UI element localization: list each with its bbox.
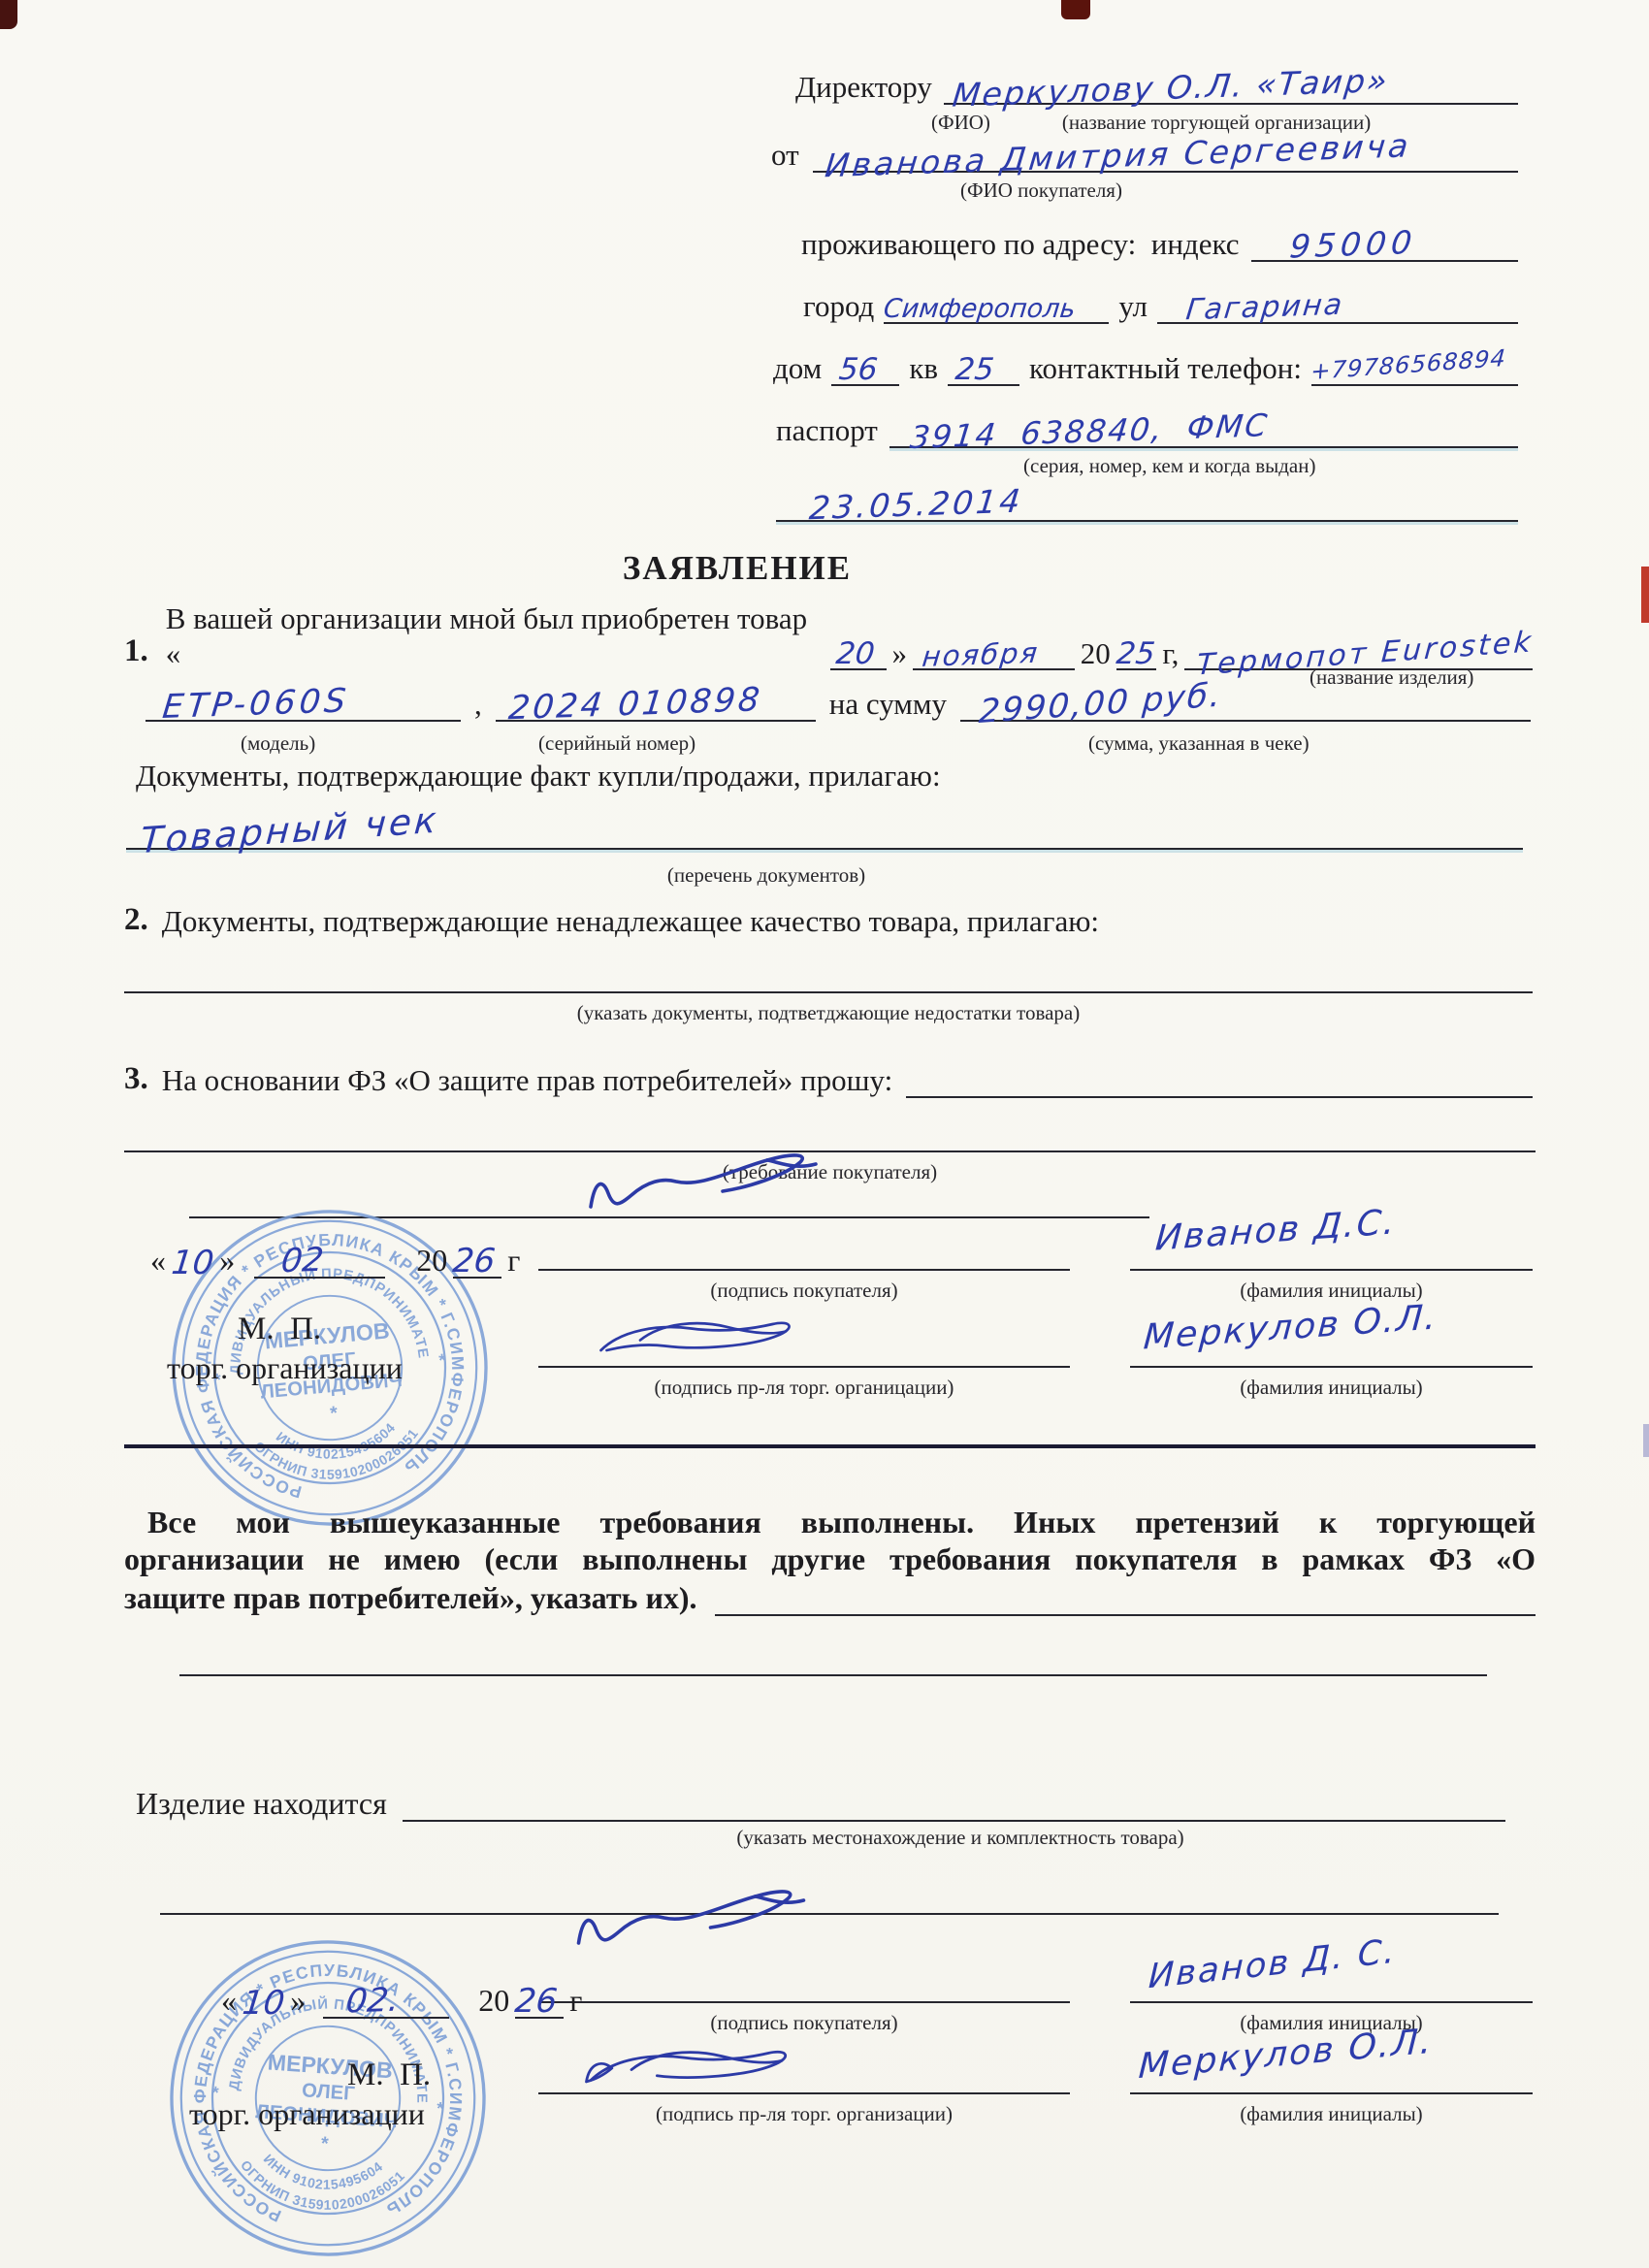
date2-month-handwritten: 02. <box>321 1984 401 2018</box>
from-row: от Иванова Дмитрия Сергеевича <box>771 132 1518 173</box>
purchase-month-handwritten: ноября <box>911 639 1040 670</box>
closing-line-2: организации не имею (если выполнены друг… <box>124 1540 1536 1577</box>
item2-number: 2. <box>124 902 148 939</box>
docs-line: Товарный чек <box>126 797 1523 850</box>
phone-label: контактный телефон: <box>1029 351 1302 386</box>
city-label: город <box>803 289 874 324</box>
seller-name-line-2 <box>1130 2092 1533 2094</box>
svg-text:*: * <box>436 2098 445 2119</box>
item3-row: 3. На основании ФЗ «О защите прав потреб… <box>124 1055 1533 1098</box>
docs-label: Документы, подтверждающие факт купли/про… <box>136 759 941 793</box>
address-label: проживающего по адресу: индекс <box>801 227 1240 262</box>
signature-block-1: РОССИЙСКАЯ ФЕДЕРАЦИЯ * РЕСПУБЛИКА КРЫМ *… <box>0 1203 1649 1445</box>
city-handwritten: Симферополь <box>883 297 1077 322</box>
buyer-signature-2 <box>563 1885 820 1958</box>
svg-text:ОГРНИП 315910200026051: ОГРНИП 315910200026051 <box>235 2156 408 2219</box>
signature-block-2: РОССИЙСКАЯ ФЕДЕРАЦИЯ * РЕСПУБЛИКА КРЫМ *… <box>0 1935 1649 2268</box>
sum-line: 2990,00 руб. <box>960 681 1531 722</box>
apt-handwritten: 25 <box>946 356 995 384</box>
item2-blank-line <box>124 991 1533 993</box>
scanned-claim-form: Директору Меркулову О.Л. «Таир» (ФИО) (н… <box>0 0 1649 2268</box>
date-month-handwritten: 02 <box>252 1244 325 1278</box>
date-year-handwritten: 26 <box>452 1246 498 1277</box>
caption-serial: (серийный номер) <box>538 731 695 755</box>
section-divider <box>124 1444 1536 1448</box>
svg-text:ОГРНИП 315910200026051: ОГРНИП 315910200026051 <box>250 1424 425 1489</box>
date2-quote-close: » <box>290 1983 306 2019</box>
buyer-sign-line-2 <box>538 2001 1070 2003</box>
caption-seller-sign-2: (подпись пр-ля торг. организации) <box>538 2102 1070 2126</box>
passport-date-line: 23.05.2014 <box>776 481 1518 522</box>
purchase-month-line: ноября <box>913 630 1075 670</box>
item3-inline-line <box>906 1055 1533 1098</box>
buyer-name-handwritten-2: Иванов Д. С. <box>1148 1936 1397 1994</box>
item3-text: На основании ФЗ «О защите прав потребите… <box>162 1063 892 1098</box>
closing-blank-line <box>179 1674 1487 1676</box>
index-handwritten: 95000 <box>1248 227 1417 263</box>
date2-year-handwritten: 26 <box>514 1986 560 2017</box>
closing-line-3: защите прав потребителей», указать их). <box>124 1579 697 1616</box>
passport-row: паспорт 3914 638840, ФМС <box>776 407 1518 448</box>
scan-artifact-top-left <box>0 0 17 29</box>
caption-buyer-sign-1: (подпись покупателя) <box>538 1279 1070 1303</box>
date-year-printed: 20 <box>416 1243 447 1279</box>
date2-year-printed: 20 <box>478 1983 509 2019</box>
model-line: ETP-060S <box>145 681 461 722</box>
mp-label-2: М. П. <box>347 2057 431 2094</box>
closing-line-1: Все мои вышеуказанные требования выполне… <box>124 1504 1536 1540</box>
buyer-signature <box>577 1149 829 1221</box>
seller-signature-2 <box>541 2038 842 2098</box>
item1-text: В вашей организации мной был приобретен … <box>166 601 824 670</box>
caption-item2: (указать документы, подтветджающие недос… <box>124 1001 1533 1025</box>
date2-day-handwritten: 10 <box>241 1988 286 2019</box>
caption-seller-sign-1: (подпись пр-ля торг. органицации) <box>538 1376 1070 1400</box>
caption-passport: (серия, номер, кем и когда выдан) <box>1023 454 1316 477</box>
director-label: Директору <box>795 70 932 105</box>
date-g-label: г <box>507 1243 520 1279</box>
closing-paragraph: Все мои вышеуказанные требования выполне… <box>124 1504 1536 1616</box>
city-row: город Симферополь ул Гагарина <box>803 283 1518 324</box>
address-row: проживающего по адресу: индекс 95000 <box>801 221 1518 262</box>
item3-number: 3. <box>124 1061 148 1098</box>
buyer-name-line-1 <box>1130 1269 1533 1271</box>
director-line: Меркулову О.Л. «Таир» <box>944 64 1518 105</box>
item3-blank-line <box>124 1150 1536 1152</box>
street-line: Гагарина <box>1157 283 1518 324</box>
location-label: Изделие находится <box>136 1786 387 1822</box>
city-line: Симферополь <box>884 283 1109 324</box>
house-handwritten: 56 <box>830 356 880 384</box>
item1-quote-close: » <box>892 636 908 671</box>
date2-year-line: 26 <box>515 1978 564 2019</box>
item1-number: 1. <box>124 633 148 670</box>
phone-handwritten: +79786568894 <box>1309 347 1506 383</box>
date-day-handwritten: 10 <box>170 1247 215 1279</box>
caption-buyer-name-1: (фамилия инициалы) <box>1130 1279 1533 1303</box>
scan-artifact-top-right <box>1061 0 1090 19</box>
org-label-1: торг. организации <box>167 1350 403 1386</box>
passport-date-handwritten: 23.05.2014 <box>774 485 1024 524</box>
passport-handwritten: 3914 638840, ФМС <box>887 410 1270 453</box>
passport-line: 3914 638840, ФМС <box>889 407 1518 448</box>
date-year-line: 26 <box>453 1238 501 1279</box>
house-line: 56 <box>831 345 899 386</box>
sum-label: на сумму <box>829 687 947 722</box>
location-blank-line <box>160 1913 1499 1915</box>
seller-signature <box>553 1310 844 1368</box>
caption-sum: (сумма, указанная в чеке) <box>1088 731 1309 755</box>
serial-line: 2024 010898 <box>496 681 816 722</box>
item2-text: Документы, подтверждающие ненадлежащее к… <box>162 904 1099 939</box>
director-row: Директору Меркулову О.Л. «Таир» <box>795 64 1518 105</box>
docs-handwritten: Товарный чек <box>124 803 440 859</box>
index-line: 95000 <box>1251 221 1518 262</box>
mp-label-1: М. П. <box>238 1312 321 1348</box>
purchase-year-line: 25 <box>1116 630 1157 670</box>
date-row-1: « 10 » 02 20 26 г <box>150 1238 520 1279</box>
buyer-name-handwritten-1: Иванов Д.С. <box>1154 1206 1398 1255</box>
page-title: ЗАЯВЛЕНИЕ <box>126 549 1348 588</box>
sum-handwritten: 2990,00 руб. <box>958 679 1223 729</box>
location-row: Изделие находится <box>136 1779 1505 1822</box>
passport-date-row: 23.05.2014 <box>776 481 1518 522</box>
house-row: дом 56 кв 25 контактный телефон: +797865… <box>773 345 1518 386</box>
street-label: ул <box>1118 289 1148 324</box>
caption-seller-name-2: (фамилия инициалы) <box>1130 2102 1533 2126</box>
seller-name-line-1 <box>1130 1366 1533 1368</box>
svg-text:ИНН 910215495604: ИНН 910215495604 <box>273 1418 401 1467</box>
purchase-day-line: 20 <box>830 630 887 670</box>
director-handwritten: Меркулову О.Л. «Таир» <box>941 65 1390 111</box>
date-quote-open: « <box>150 1243 166 1279</box>
house-label: дом <box>773 351 822 386</box>
seller-name-handwritten-1: Меркулов О.Л. <box>1143 1302 1439 1355</box>
item1-year-printed: 20 <box>1081 636 1111 671</box>
apt-line: 25 <box>948 345 1019 386</box>
street-handwritten: Гагарина <box>1155 291 1345 325</box>
date2-quote-open: « <box>221 1983 237 2019</box>
phone-line: +79786568894 <box>1311 345 1518 386</box>
buyer-sign-line-1 <box>538 1269 1070 1271</box>
org-label-2: торг. организации <box>189 2096 425 2132</box>
caption-model: (модель) <box>241 731 315 755</box>
buyer-name-line-2 <box>1130 2001 1533 2003</box>
apt-label: кв <box>909 351 938 386</box>
caption-buyer-fio: (ФИО покупателя) <box>960 178 1122 202</box>
date-row-2: « 10 » 02. 20 26 г <box>221 1978 582 2019</box>
item1-line2: ETP-060S , 2024 010898 на сумму 2990,00 … <box>145 681 1531 722</box>
closing-inline-line <box>715 1579 1536 1616</box>
item1-year-suffix: г, <box>1162 636 1179 671</box>
location-line <box>403 1779 1505 1822</box>
date-quote-close: » <box>219 1243 235 1279</box>
date2-g-label: г <box>569 1983 582 2019</box>
purchase-year-handwritten: 25 <box>1115 640 1156 668</box>
product-name-line: Термопот Eurostek <box>1184 630 1533 670</box>
date-month-line: 02 <box>254 1238 385 1279</box>
from-handwritten: Иванова Дмитрия Сергеевича <box>810 130 1412 181</box>
caption-docs: (перечень документов) <box>126 863 1406 888</box>
model-handwritten: ETP-060S <box>144 685 351 724</box>
passport-label: паспорт <box>776 413 878 448</box>
from-label: от <box>771 138 799 173</box>
date2-month-line: 02. <box>323 1978 449 2019</box>
svg-text:*: * <box>438 1350 448 1371</box>
svg-text:ИНН 910215495604: ИНН 910215495604 <box>259 2151 387 2197</box>
item1-line1: 1. В вашей организации мной был приобрет… <box>124 601 1533 670</box>
caption-location: (указать местонахождение и комплектность… <box>417 1826 1503 1850</box>
item2-row: 2. Документы, подтверждающие ненадлежаще… <box>124 902 1099 939</box>
svg-text:*: * <box>320 2133 330 2155</box>
caption-item3: (требование покупателя) <box>124 1160 1536 1184</box>
serial-handwritten: 2024 010898 <box>493 684 763 725</box>
scan-artifact-right-edge <box>1641 567 1649 623</box>
caption-buyer-sign-2: (подпись покупателя) <box>538 2011 1070 2035</box>
item1-comma: , <box>474 687 482 722</box>
from-line: Иванова Дмитрия Сергеевича <box>813 132 1518 173</box>
purchase-day-handwritten: 20 <box>828 640 876 668</box>
caption-seller-name-1: (фамилия инициалы) <box>1130 1376 1533 1400</box>
svg-text:*: * <box>329 1403 339 1425</box>
caption-fio: (ФИО) <box>931 111 990 134</box>
